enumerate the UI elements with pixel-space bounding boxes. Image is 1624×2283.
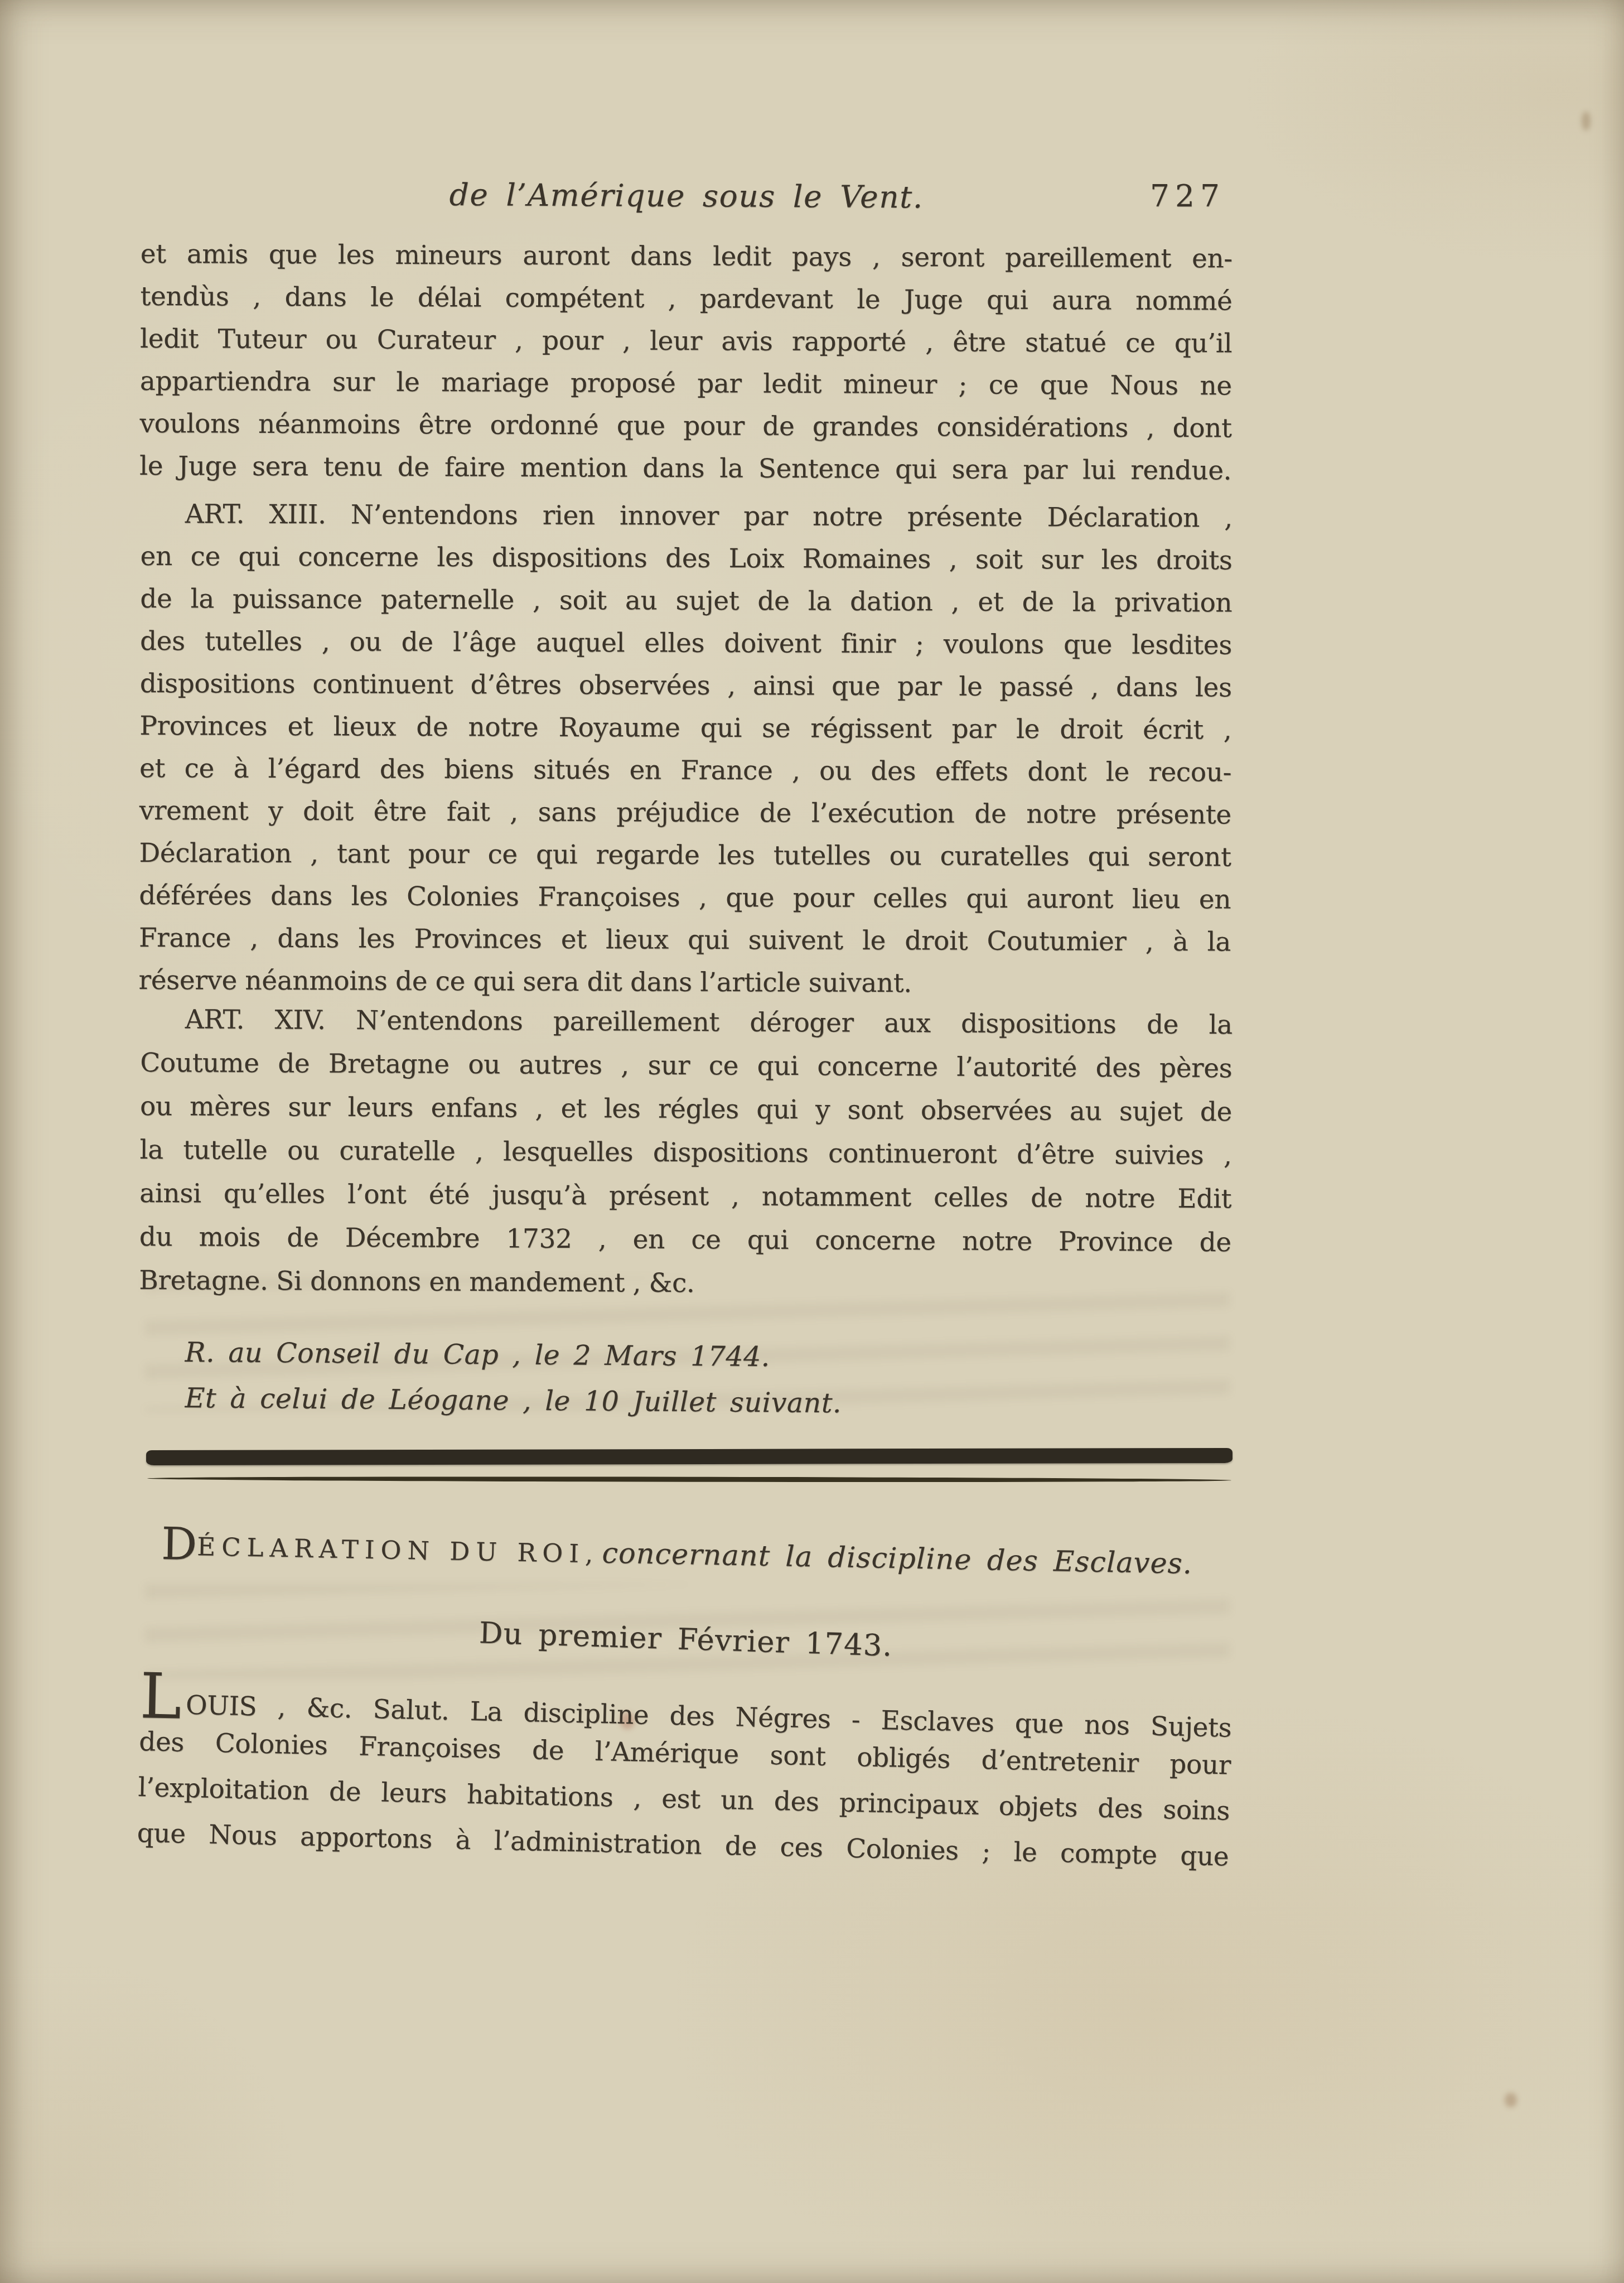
text-line: France , dans les Provinces et lieux qui… — [139, 917, 1231, 964]
declaration-heading-initial: D — [161, 1518, 197, 1570]
text-line: ainsi qu’elles l’ont été jusqu’à présent… — [139, 1172, 1231, 1221]
text-line: dispositions continuent d’êtres observée… — [140, 663, 1232, 709]
article-14-paragraph: ART. XIV. N’entendons pareillement dérog… — [139, 998, 1232, 1308]
text-line: ART. XIV. N’entendons pareillement dérog… — [141, 998, 1232, 1047]
text-line: le Juge sera tenu de faire mention dans … — [139, 445, 1231, 493]
declaration-heading-caps: ÉCLARATION DU ROI, — [197, 1532, 600, 1568]
running-header-title: de l’Amérique sous le Vent. — [449, 177, 924, 215]
text-line: Coutume de Bretagne ou autres , sur ce q… — [140, 1041, 1232, 1090]
text-line: et amis que les mineurs auront dans ledi… — [141, 233, 1232, 281]
running-header: de l’Amérique sous le Vent. — [140, 165, 1232, 226]
text-line: des tutelles , ou de l’âge auquel elles … — [140, 620, 1232, 667]
intro-paragraph: et amis que les mineurs auront dans ledi… — [139, 233, 1232, 493]
paper-fleck — [1582, 112, 1591, 131]
declaration-heading-subtitle: concernant la discipline des Esclaves. — [602, 1537, 1193, 1580]
text-line: Déclaration , tant pour ce qui regarde l… — [139, 832, 1231, 879]
declaration-heading: DÉCLARATION DU ROI, concernant la discip… — [161, 1522, 1305, 1587]
text-line: du mois de Décembre 1732 , en ce qui con… — [139, 1215, 1231, 1264]
page-number: 727 — [1150, 171, 1225, 221]
text-line: de la puissance paternelle , soit au suj… — [140, 578, 1232, 625]
text-line: tendùs , dans le délai compétent , parde… — [140, 276, 1232, 323]
text-line: Bretagne. Si donnons en mandement , &c. — [139, 1259, 1231, 1308]
text-line: ART. XIII. N’entendons rien innover par … — [141, 493, 1232, 540]
declaration-body-paragraph: LOUIS , &c. Salut. La discipline des Nég… — [137, 1673, 1232, 1880]
registration-note-cap: R. au Conseil du Cap , le 2 Mars 1744. — [185, 1333, 770, 1377]
text-line: appartiendra sur le mariage proposé par … — [140, 360, 1232, 408]
section-divider-thick-rule — [146, 1448, 1232, 1465]
text-line: en ce qui concerne les dispositions des … — [140, 535, 1232, 582]
registration-note-leogane: Et à celui de Léogane , le 10 Juillet su… — [185, 1379, 842, 1423]
text-line: vrement y doit être fait , sans préjudic… — [139, 790, 1231, 837]
text-line: voulons néanmoins être ordonné que pour … — [139, 403, 1231, 450]
text-line: la tutelle ou curatelle , lesquelles dis… — [139, 1128, 1231, 1177]
section-divider-thin-rule — [147, 1476, 1231, 1483]
article-13-paragraph: ART. XIII. N’entendons rien innover par … — [138, 493, 1232, 1006]
paper-fleck — [1505, 2093, 1517, 2107]
text-line: ledit Tuteur ou Curateur , pour , leur a… — [140, 318, 1232, 365]
text-line: et ce à l’égard des biens situés en Fran… — [139, 747, 1231, 794]
text-line: ou mères sur leurs enfans , et les régle… — [140, 1085, 1232, 1134]
declaration-date-line: Du premier Février 1743. — [139, 1600, 1232, 1679]
text-line: déférées dans les Colonies Françoises , … — [139, 875, 1231, 921]
scanned-book-page: de l’Amérique sous le Vent. 727 et amis … — [0, 0, 1624, 2283]
text-line: Provinces et lieux de notre Royaume qui … — [139, 705, 1231, 752]
